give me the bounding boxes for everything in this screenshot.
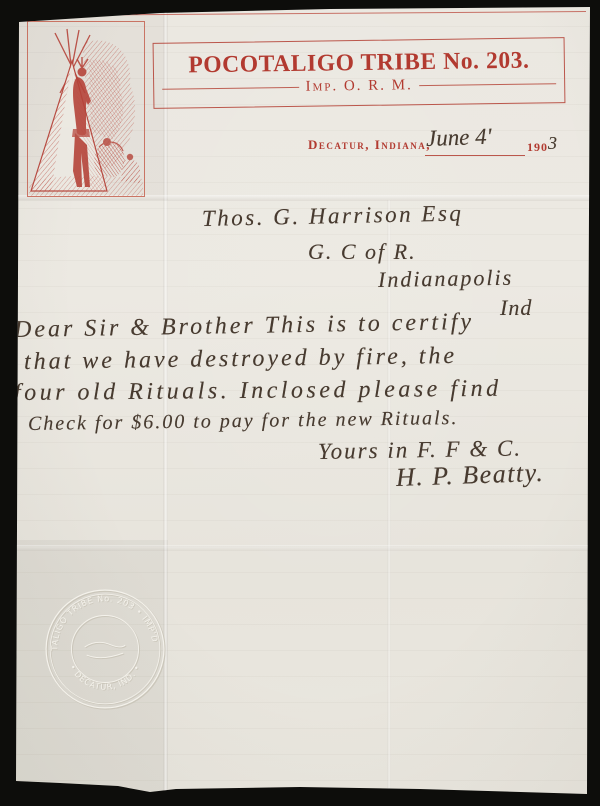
organization-name: POCOTALIGO TRIBE No. 203. xyxy=(188,49,530,79)
handwritten-year-digit: 3 xyxy=(548,133,557,154)
handwritten-date: June 4' xyxy=(426,124,492,152)
recipient-city: Indianapolis xyxy=(378,265,514,293)
date-underline xyxy=(425,155,525,156)
printed-place-line: Decatur, Indiana, xyxy=(308,137,431,153)
native-american-teepee-illustration xyxy=(27,21,145,197)
svg-text:POCOTALIGO TRIBE No. 203 • IMP: POCOTALIGO TRIBE No. 203 • IMP'D O.R.M. xyxy=(40,584,161,652)
suborganization-row: Imp. O. R. M. xyxy=(162,75,556,97)
horizontal-fold-crease-lower xyxy=(0,545,600,551)
printed-year-prefix: 190 xyxy=(527,140,548,155)
recipient-name: Thos. G. Harrison Esq xyxy=(202,201,464,232)
left-rule-line xyxy=(162,87,299,90)
letterhead-box: POCOTALIGO TRIBE No. 203. Imp. O. R. M. xyxy=(153,37,566,109)
letter-paper: POCOTALIGO TRIBE No. 203. Imp. O. R. M. … xyxy=(0,0,600,806)
recipient-state: Ind xyxy=(500,295,532,321)
signature: H. P. Beatty. xyxy=(395,458,544,493)
right-rule-line xyxy=(419,83,556,86)
letterhead-illustration-frame xyxy=(27,21,145,197)
seal-ring-text: POCOTALIGO TRIBE No. 203 • IMP'D O.R.M. xyxy=(40,584,161,652)
embossed-seal: POCOTALIGO TRIBE No. 203 • IMP'D O.R.M. … xyxy=(40,584,170,714)
order-abbreviation: Imp. O. R. M. xyxy=(299,77,419,96)
recipient-title: G. C of R. xyxy=(308,239,417,265)
body-line-3: four old Rituals. Inclosed please find xyxy=(14,376,502,407)
photo-background: POCOTALIGO TRIBE No. 203. Imp. O. R. M. … xyxy=(0,0,600,806)
